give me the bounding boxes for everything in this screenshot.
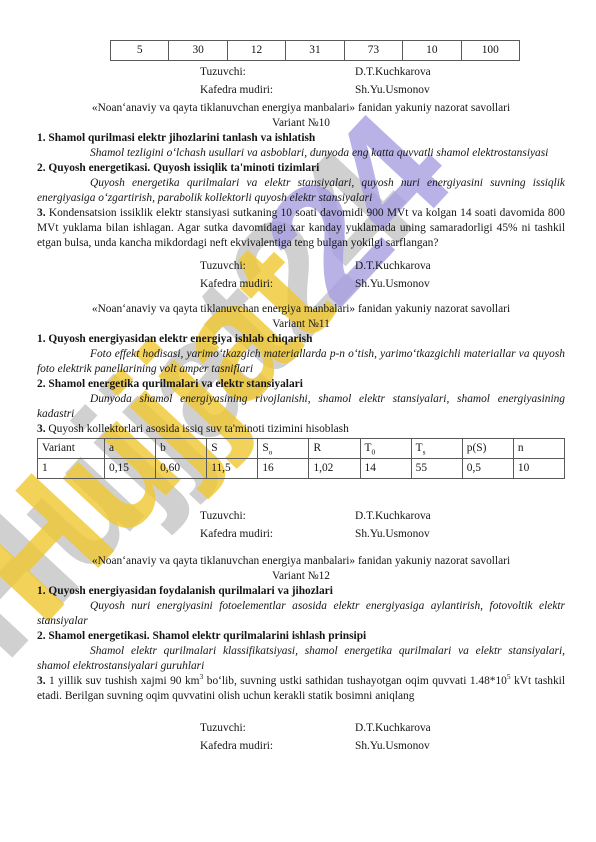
kafedra-row: Kafedra mudiri: Sh.Yu.Usmonov xyxy=(37,83,565,98)
header-cell: b xyxy=(156,439,207,459)
value-cell: 0,5 xyxy=(462,459,513,479)
score-cell: 5 xyxy=(111,41,169,61)
tuzuvchi-label: Tuzuvchi: xyxy=(200,65,355,80)
value-cell: 11,5 xyxy=(207,459,258,479)
kafedra-value: Sh.Yu.Usmonov xyxy=(355,277,430,292)
question-text: Kondensatsion issiklik elektr stansiyasi… xyxy=(37,207,565,249)
variant-title: Variant №12 xyxy=(37,569,565,584)
question-number: 3. xyxy=(37,423,46,435)
value-cell: 55 xyxy=(411,459,462,479)
signature-block: Tuzuvchi: D.T.Kuchkarova Kafedra mudiri:… xyxy=(37,721,565,754)
question-problem: 3. Kondensatsion issiklik elektr stansiy… xyxy=(37,206,565,251)
course-title: «Noanʻanaviy va qayta tiklanuvchan energ… xyxy=(37,554,565,569)
question-heading: 1. Quyosh energiyasidan foydalanish quri… xyxy=(37,584,565,599)
question-body: Shamol tezligini oʻlchash usullari va as… xyxy=(37,146,565,161)
header-cell: Variant xyxy=(38,439,105,459)
document-content: 5 30 12 31 73 10 100 Tuzuvchi: D.T.Kuchk… xyxy=(0,0,596,754)
kafedra-label: Kafedra mudiri: xyxy=(200,527,355,542)
tuzuvchi-value: D.T.Kuchkarova xyxy=(355,259,431,274)
score-cell: 10 xyxy=(403,41,461,61)
kafedra-row: Kafedra mudiri: Sh.Yu.Usmonov xyxy=(37,739,565,754)
signature-block: Tuzuvchi: D.T.Kuchkarova Kafedra mudiri:… xyxy=(37,259,565,292)
question-text: 1 yillik suv tushish xajmi 90 km xyxy=(49,675,200,687)
question-number: 3. xyxy=(37,207,46,219)
question-body: Shamol elektr qurilmalari klassifikatsiy… xyxy=(37,644,565,674)
question-problem: 3. 1 yillik suv tushish xajmi 90 km3 boʻ… xyxy=(37,674,565,704)
tuzuvchi-value: D.T.Kuchkarova xyxy=(355,509,431,524)
kafedra-label: Kafedra mudiri: xyxy=(200,739,355,754)
kafedra-label: Kafedra mudiri: xyxy=(200,277,355,292)
kafedra-value: Sh.Yu.Usmonov xyxy=(355,83,430,98)
tuzuvchi-label: Tuzuvchi: xyxy=(200,259,355,274)
header-cell: So xyxy=(258,439,309,459)
question-body: Quyosh energetika qurilmalari va elektr … xyxy=(37,176,565,206)
header-cell: R xyxy=(309,439,360,459)
tuzuvchi-value: D.T.Kuchkarova xyxy=(355,721,431,736)
question-body: Foto effekt hodisasi, yarimoʻtkazgich ma… xyxy=(37,347,565,377)
tuzuvchi-row: Tuzuvchi: D.T.Kuchkarova xyxy=(37,259,565,274)
kafedra-row: Kafedra mudiri: Sh.Yu.Usmonov xyxy=(37,527,565,542)
header-cell: Ts xyxy=(411,439,462,459)
score-cell: 12 xyxy=(227,41,285,61)
variant11-data-table: Variant a b S So R T0 Ts p(S) n 1 0,15 0… xyxy=(37,438,565,479)
score-cell: 73 xyxy=(344,41,402,61)
header-cell: S xyxy=(207,439,258,459)
question-problem: 3. Quyosh kollektorlari asosida issiq su… xyxy=(37,422,565,437)
signature-block: Tuzuvchi: D.T.Kuchkarova Kafedra mudiri:… xyxy=(37,509,565,542)
score-cell: 31 xyxy=(286,41,344,61)
score-cell: 100 xyxy=(461,41,519,61)
course-title: «Noanʻanaviy va qayta tiklanuvchan energ… xyxy=(37,101,565,116)
value-cell: 0,15 xyxy=(105,459,156,479)
question-heading: 2. Quyosh energetikasi. Quyosh issiqlik … xyxy=(37,161,565,176)
header-cell: n xyxy=(513,439,564,459)
tuzuvchi-row: Tuzuvchi: D.T.Kuchkarova xyxy=(37,65,565,80)
value-cell: 1 xyxy=(38,459,105,479)
scores-row: 5 30 12 31 73 10 100 xyxy=(111,41,520,61)
tuzuvchi-label: Tuzuvchi: xyxy=(200,509,355,524)
header-cell: p(S) xyxy=(462,439,513,459)
document-page: Hujjat24 Hujjat24 5 30 12 31 73 10 100 T… xyxy=(0,0,596,842)
question-heading: 2. Shamol energetikasi. Shamol elektr qu… xyxy=(37,629,565,644)
kafedra-value: Sh.Yu.Usmonov xyxy=(355,527,430,542)
question-heading: 2. Shamol energetika qurilmalari va elek… xyxy=(37,377,565,392)
question-heading: 1. Quyosh energiyasidan elektr energiya … xyxy=(37,332,565,347)
course-title: «Noanʻanaviy va qayta tiklanuvchan energ… xyxy=(37,302,565,317)
question-body: Quyosh nuri energiyasini fotoelementlar … xyxy=(37,599,565,629)
value-cell: 0,60 xyxy=(156,459,207,479)
tuzuvchi-value: D.T.Kuchkarova xyxy=(355,65,431,80)
data-table-value-row: 1 0,15 0,60 11,5 16 1,02 14 55 0,5 10 xyxy=(38,459,565,479)
value-cell: 10 xyxy=(513,459,564,479)
question-text: Quyosh kollektorlari asosida issiq suv t… xyxy=(48,423,348,435)
kafedra-row: Kafedra mudiri: Sh.Yu.Usmonov xyxy=(37,277,565,292)
header-cell: a xyxy=(105,439,156,459)
header-cell: T0 xyxy=(360,439,411,459)
question-text: boʻlib, suvning ustki sathidan tushayotg… xyxy=(203,675,507,687)
scores-table: 5 30 12 31 73 10 100 xyxy=(110,40,520,61)
value-cell: 16 xyxy=(258,459,309,479)
kafedra-label: Kafedra mudiri: xyxy=(200,83,355,98)
question-body: Dunyoda shamol energiyasining rivojlanis… xyxy=(37,392,565,422)
variant-title: Variant №10 xyxy=(37,116,565,131)
question-heading: 1. Shamol qurilmasi elektr jihozlarini t… xyxy=(37,131,565,146)
tuzuvchi-row: Tuzuvchi: D.T.Kuchkarova xyxy=(37,721,565,736)
data-table-header-row: Variant a b S So R T0 Ts p(S) n xyxy=(38,439,565,459)
value-cell: 1,02 xyxy=(309,459,360,479)
kafedra-value: Sh.Yu.Usmonov xyxy=(355,739,430,754)
variant-title: Variant №11 xyxy=(37,317,565,332)
tuzuvchi-row: Tuzuvchi: D.T.Kuchkarova xyxy=(37,509,565,524)
question-number: 3. xyxy=(37,675,46,687)
value-cell: 14 xyxy=(360,459,411,479)
signature-block: Tuzuvchi: D.T.Kuchkarova Kafedra mudiri:… xyxy=(37,65,565,98)
tuzuvchi-label: Tuzuvchi: xyxy=(200,721,355,736)
score-cell: 30 xyxy=(169,41,227,61)
